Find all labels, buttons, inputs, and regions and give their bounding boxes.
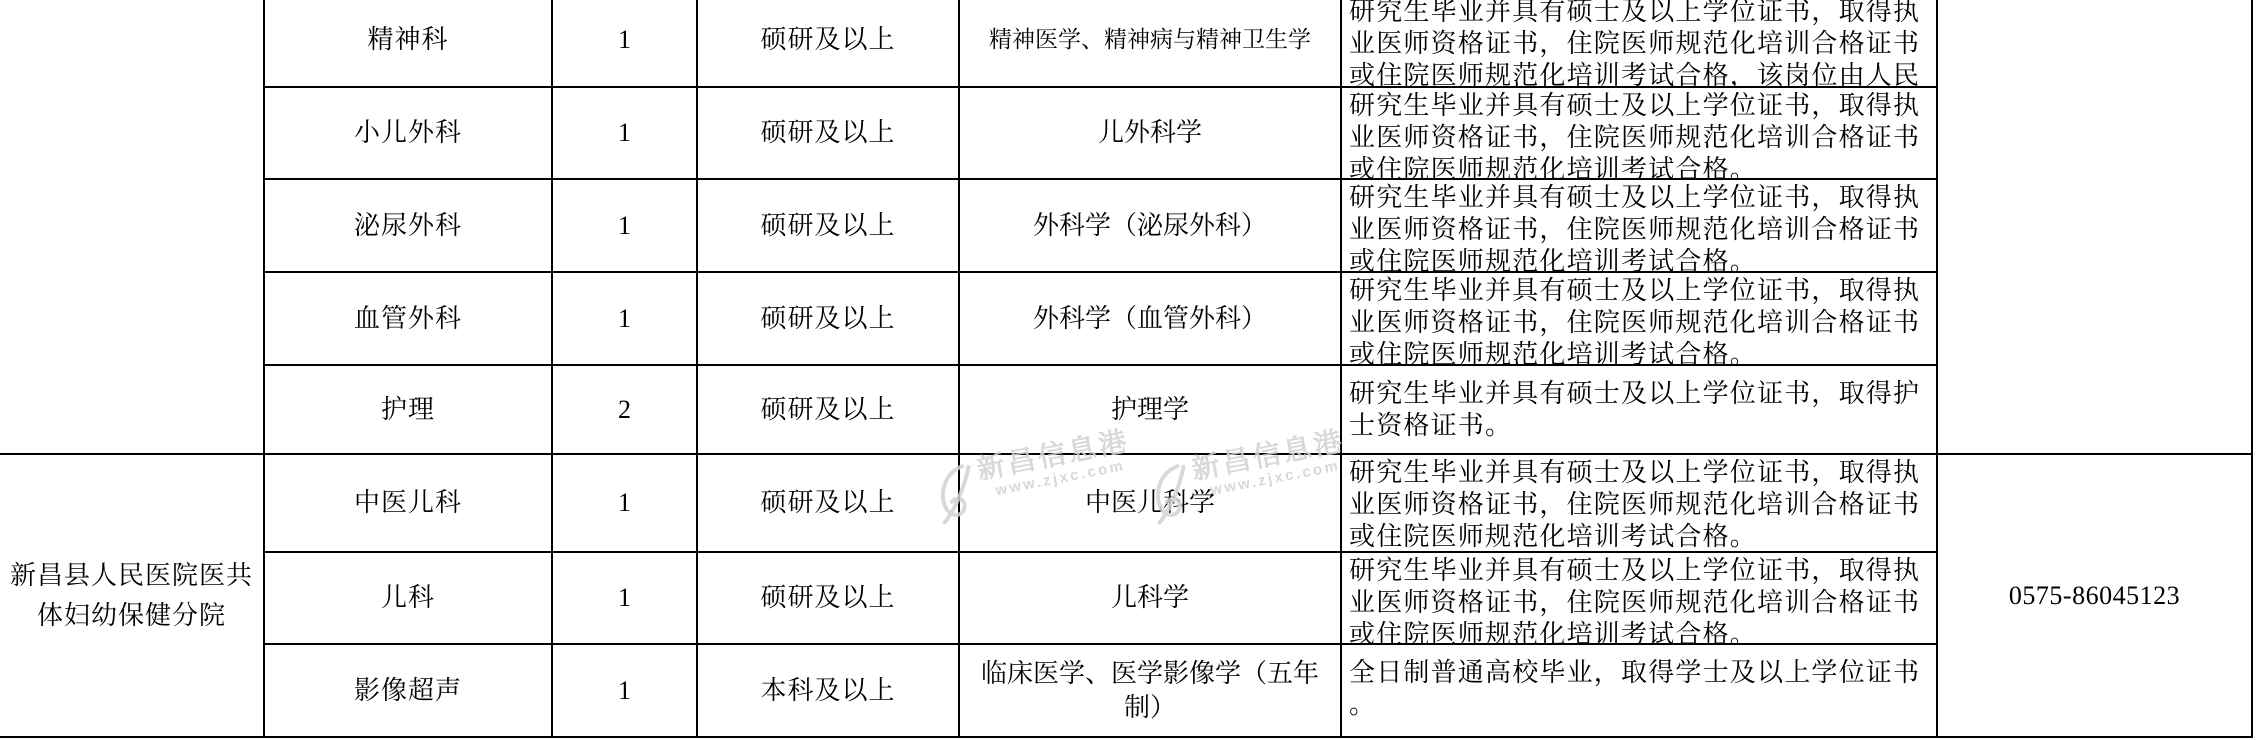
education-cell: 硕研及以上 xyxy=(698,88,960,180)
requirements-cell: 研究生毕业并具有硕士及以上学位证书，取得执业医师资格证书，住院医师规范化培训合格… xyxy=(1342,455,1938,553)
department-cell: 泌尿外科 xyxy=(265,180,553,273)
requirements-cell: 研究生毕业并具有硕士及以上学位证书，取得护士资格证书。 xyxy=(1342,366,1938,455)
education-cell: 硕研及以上 xyxy=(698,553,960,645)
major-cell: 外科学（血管外科） xyxy=(960,273,1342,366)
requirements-cell: 研究生毕业并具有硕士及以上学位证书，取得执业医师资格证书，住院医师规范化培训合格… xyxy=(1342,0,1938,88)
department-cell: 影像超声 xyxy=(265,645,553,738)
hospital-name-cell-top xyxy=(0,0,265,455)
headcount-cell: 1 xyxy=(553,180,698,273)
requirements-cell: 研究生毕业并具有硕士及以上学位证书，取得执业医师资格证书，住院医师规范化培训合格… xyxy=(1342,553,1938,645)
education-cell: 硕研及以上 xyxy=(698,455,960,553)
phone-cell: 0575-86045123 xyxy=(1938,455,2253,738)
department-cell: 血管外科 xyxy=(265,273,553,366)
headcount-cell: 1 xyxy=(553,0,698,88)
department-cell: 护理 xyxy=(265,366,553,455)
department-cell: 中医儿科 xyxy=(265,455,553,553)
major-cell: 中医儿科学 xyxy=(960,455,1342,553)
education-cell: 硕研及以上 xyxy=(698,366,960,455)
major-cell: 儿科学 xyxy=(960,553,1342,645)
recruitment-table: 精神科 1 硕研及以上 精神医学、精神病与精神卫生学 研究生毕业并具有硕士及以上… xyxy=(0,0,2253,738)
department-cell: 精神科 xyxy=(265,0,553,88)
department-cell: 小儿外科 xyxy=(265,88,553,180)
requirements-cell: 研究生毕业并具有硕士及以上学位证书，取得执业医师资格证书，住院医师规范化培训合格… xyxy=(1342,273,1938,366)
major-cell: 临床医学、医学影像学（五年制） xyxy=(960,645,1342,738)
headcount-cell: 2 xyxy=(553,366,698,455)
requirements-cell: 研究生毕业并具有硕士及以上学位证书，取得执业医师资格证书，住院医师规范化培训合格… xyxy=(1342,180,1938,273)
education-cell: 硕研及以上 xyxy=(698,180,960,273)
major-cell: 护理学 xyxy=(960,366,1342,455)
headcount-cell: 1 xyxy=(553,455,698,553)
hospital-name-cell: 新昌县人民医院医共体妇幼保健分院 xyxy=(0,455,265,738)
education-cell: 硕研及以上 xyxy=(698,0,960,88)
requirements-cell: 全日制普通高校毕业，取得学士及以上学位证书。 xyxy=(1342,645,1938,738)
requirements-cell: 研究生毕业并具有硕士及以上学位证书，取得执业医师资格证书，住院医师规范化培训合格… xyxy=(1342,88,1938,180)
education-cell: 硕研及以上 xyxy=(698,273,960,366)
phone-cell-top xyxy=(1938,0,2253,455)
major-cell: 儿外科学 xyxy=(960,88,1342,180)
headcount-cell: 1 xyxy=(553,273,698,366)
department-cell: 儿科 xyxy=(265,553,553,645)
major-cell: 外科学（泌尿外科） xyxy=(960,180,1342,273)
headcount-cell: 1 xyxy=(553,553,698,645)
headcount-cell: 1 xyxy=(553,645,698,738)
major-cell: 精神医学、精神病与精神卫生学 xyxy=(960,0,1342,88)
headcount-cell: 1 xyxy=(553,88,698,180)
education-cell: 本科及以上 xyxy=(698,645,960,738)
